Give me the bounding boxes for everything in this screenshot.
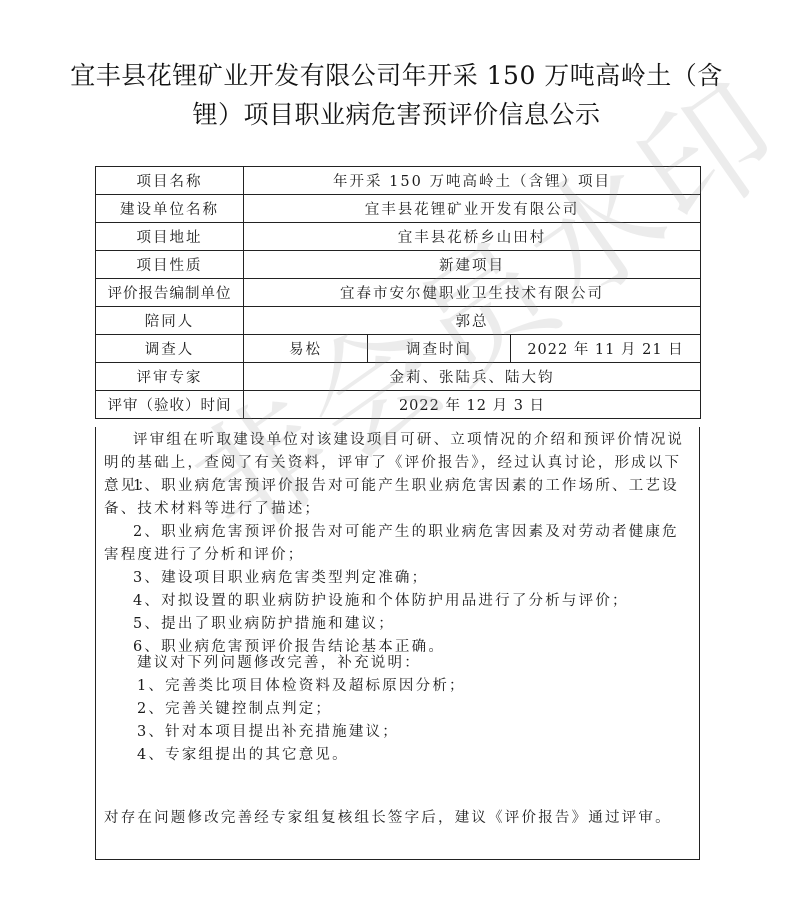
- investigation-time-label: 调查时间: [368, 335, 511, 363]
- investigator-value: 易松: [244, 335, 368, 363]
- value-cell: 2022 年 12 月 3 日: [244, 391, 701, 419]
- label-cell: 陪同人: [96, 307, 244, 335]
- table-row-builder: 建设单位名称 宜丰县花锂矿业开发有限公司: [96, 195, 701, 223]
- opinion-item: 3、建设项目职业病危害类型判定准确；: [104, 567, 693, 590]
- title-line-1: 宜丰县花锂矿业开发有限公司年开采 150 万吨高岭土（含: [60, 56, 733, 95]
- value-cell: 金莉、张陆兵、陆大钧: [244, 363, 701, 391]
- project-info-table: 项目名称 年开采 150 万吨高岭土（含锂）项目 建设单位名称 宜丰县花锂矿业开…: [95, 166, 701, 419]
- table-row-project-name: 项目名称 年开采 150 万吨高岭土（含锂）项目: [96, 167, 701, 195]
- label-cell: 建设单位名称: [96, 195, 244, 223]
- opinion-item: 1、职业病危害预评价报告对可能产生职业病危害因素的工作场所、工艺设备、技术材料等…: [104, 475, 693, 521]
- value-cell: 年开采 150 万吨高岭土（含锂）项目: [244, 167, 701, 195]
- title-line-2: 锂）项目职业病危害预评价信息公示: [60, 95, 733, 134]
- suggestion-list: 1、完善类比项目体检资料及超标原因分析； 2、完善关键控制点判定； 3、针对本项…: [104, 675, 693, 767]
- value-cell: 宜丰县花桥乡山田村: [244, 223, 701, 251]
- opinion-item: 2、职业病危害预评价报告对可能产生的职业病危害因素及对劳动者健康危害程度进行了分…: [104, 521, 693, 567]
- label-cell: 项目地址: [96, 223, 244, 251]
- value-cell: 宜丰县花锂矿业开发有限公司: [244, 195, 701, 223]
- table-row-nature: 项目性质 新建项目: [96, 251, 701, 279]
- investigation-time-value: 2022 年 11 月 21 日: [511, 335, 701, 363]
- review-opinion-box: 评审组在听取建设单位对该建设项目可研、立项情况的介绍和预评价情况说明的基础上，查…: [95, 427, 700, 860]
- value-cell: 新建项目: [244, 251, 701, 279]
- table-row-experts: 评审专家 金莉、张陆兵、陆大钧: [96, 363, 701, 391]
- suggestion-item: 2、完善关键控制点判定；: [137, 698, 693, 721]
- table-row-report-unit: 评价报告编制单位 宜春市安尔健职业卫生技术有限公司: [96, 279, 701, 307]
- opinion-item: 5、提出了职业病防护措施和建议；: [104, 613, 693, 636]
- value-cell: 郭总: [244, 307, 701, 335]
- table-row-address: 项目地址 宜丰县花桥乡山田村: [96, 223, 701, 251]
- suggestions-heading: 建议对下列问题修改完善，补充说明：: [104, 652, 693, 675]
- value-cell: 宜春市安尔健职业卫生技术有限公司: [244, 279, 701, 307]
- label-cell: 项目名称: [96, 167, 244, 195]
- table-row-investigator: 调查人 易松 调查时间 2022 年 11 月 21 日: [96, 335, 701, 363]
- conclusion: 对存在问题修改完善经专家组复核组长签字后，建议《评价报告》通过评审。: [104, 807, 693, 830]
- label-cell: 项目性质: [96, 251, 244, 279]
- table-row-companion: 陪同人 郭总: [96, 307, 701, 335]
- opinion-item: 4、对拟设置的职业病防护设施和个体防护用品进行了分析与评价；: [104, 590, 693, 613]
- label-cell: 评价报告编制单位: [96, 279, 244, 307]
- suggestion-item: 4、专家组提出的其它意见。: [137, 744, 693, 767]
- table-row-review-time: 评审（验收）时间 2022 年 12 月 3 日: [96, 391, 701, 419]
- opinion-item-list: 1、职业病危害预评价报告对可能产生职业病危害因素的工作场所、工艺设备、技术材料等…: [104, 475, 693, 659]
- label-cell: 评审专家: [96, 363, 244, 391]
- document-title: 宜丰县花锂矿业开发有限公司年开采 150 万吨高岭土（含 锂）项目职业病危害预评…: [60, 56, 733, 134]
- suggestion-item: 3、针对本项目提出补充措施建议；: [137, 721, 693, 744]
- label-cell: 调查人: [96, 335, 244, 363]
- suggestion-item: 1、完善类比项目体检资料及超标原因分析；: [137, 675, 693, 698]
- label-cell: 评审（验收）时间: [96, 391, 244, 419]
